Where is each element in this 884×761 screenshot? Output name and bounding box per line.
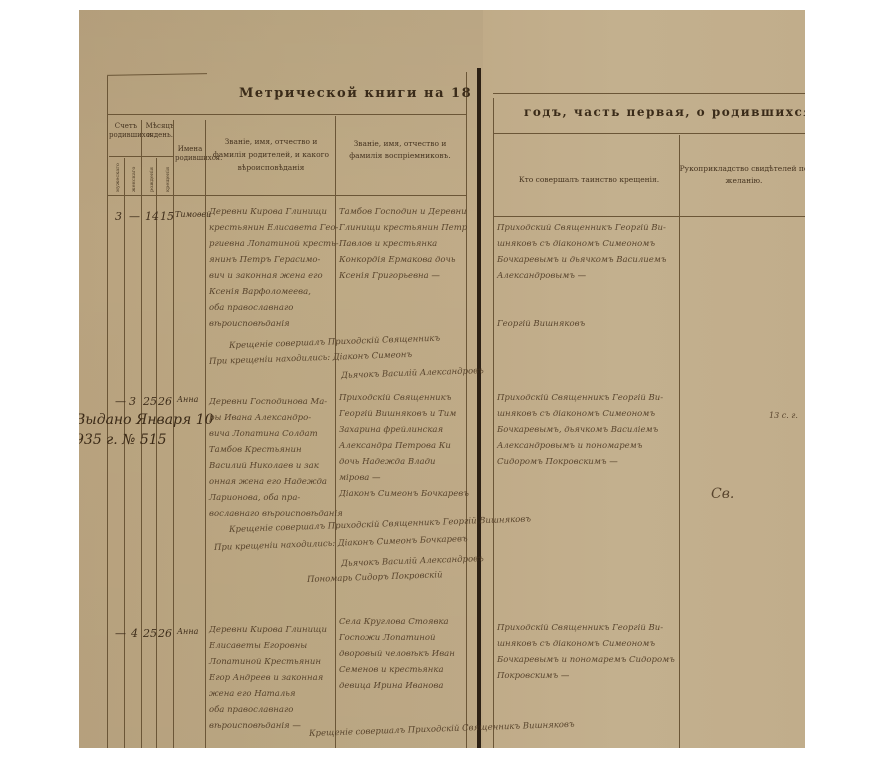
header-signatures: Рукоприкладство свидѣтелей по желанію.	[679, 163, 805, 187]
center-binding-line	[477, 68, 481, 748]
entry-1-godparents: Тамбов Господин и Деревни Глинищи кресть…	[339, 204, 467, 284]
entry-3-parents: Деревни Кирова Глинищи Елисаветы Егоровн…	[209, 622, 327, 734]
margin-note: Выдано Января 10 935 г. № 515	[79, 410, 214, 450]
rule-header-bottom-right	[493, 216, 805, 217]
rule-col-b	[156, 158, 157, 748]
document-photo: Метрической книги на 18 годъ, часть перв…	[79, 10, 805, 748]
header-count-born: Счетъ родившихся.	[109, 122, 143, 140]
entry-1-count-f: —	[129, 210, 140, 223]
right-mark-1: Св.	[711, 486, 734, 502]
title-rule-right	[493, 133, 805, 134]
entry-1-signature: Георгій Вишняковъ	[497, 316, 585, 332]
entry-2-count-f: 3	[129, 395, 136, 408]
margin-note-line-1: Выдано Января 10	[79, 410, 214, 430]
header-birth: рожденія	[149, 162, 155, 192]
entry-3-name: Анна	[177, 627, 198, 636]
entry-3-performed: Приходскій Священникъ Георгій Ви- шняков…	[497, 620, 675, 684]
right-page-title: годъ, часть первая, о родившихся.	[524, 105, 805, 119]
rule-subheader	[109, 156, 173, 157]
header-godparents: Званіе, имя, отчество и фамилія воспріем…	[337, 138, 463, 162]
header-names: Имена родившихся.	[175, 145, 205, 163]
entry-1-birth-day: 14	[145, 210, 159, 223]
margin-note-line-2: 935 г. № 515	[79, 430, 214, 450]
rule-col-right	[679, 135, 680, 748]
entry-2-performed: Приходскій Священникъ Георгій Ви- шняков…	[497, 390, 663, 470]
entry-1-performed: Приходский Священникъ Георгій Ви- шняков…	[497, 220, 666, 284]
right-top-border	[493, 93, 805, 94]
rule-header-bottom-left	[107, 195, 467, 196]
entry-3-godparents: Села Круглова Стоявка Госпожи Лопатиной …	[339, 614, 455, 694]
entry-3-count-f: 4	[131, 627, 138, 640]
entry-3-baptism-day: 26	[158, 627, 172, 640]
entry-2-baptism-day: 26	[158, 395, 172, 408]
entry-1-name: Тимоѳей	[175, 210, 211, 219]
entry-3-birth-day: 25	[143, 627, 157, 640]
header-month-day: Мѣсяцъ и день.	[144, 122, 176, 140]
entry-2-birth-day: 25	[143, 395, 157, 408]
entry-3-count-m: —	[115, 627, 126, 640]
entry-1-parents: Деревни Кирова Глинищи крестьянин Елисав…	[209, 204, 339, 332]
entry-2-count-m: —	[115, 395, 126, 408]
title-rule-left	[107, 114, 467, 115]
right-mark-2: 13 с. г.	[769, 408, 798, 424]
entry-2-name: Анна	[177, 395, 198, 404]
entry-1-baptism-day: 15	[160, 210, 174, 223]
header-count-f: женскаго	[131, 162, 137, 192]
right-page-edge-line	[493, 98, 494, 748]
header-baptism: крещенія	[165, 162, 171, 192]
header-parents: Званіе, имя, отчество и фамилія родителе…	[207, 135, 335, 174]
header-count-m: мужескаго	[115, 162, 121, 192]
header-performed: Кто совершалъ таинство крещенія.	[499, 175, 679, 184]
entry-2-godparents: Приходскій Священникъ Георгій Вишняковъ …	[339, 390, 469, 502]
entry-1-count-m: 3	[115, 210, 122, 223]
entry-2-parents: Деревни Господинова Ма- ры Ивана Алексан…	[209, 394, 343, 522]
rule-col-m	[124, 158, 125, 748]
left-page-title: Метрической книги на 18	[239, 86, 472, 101]
